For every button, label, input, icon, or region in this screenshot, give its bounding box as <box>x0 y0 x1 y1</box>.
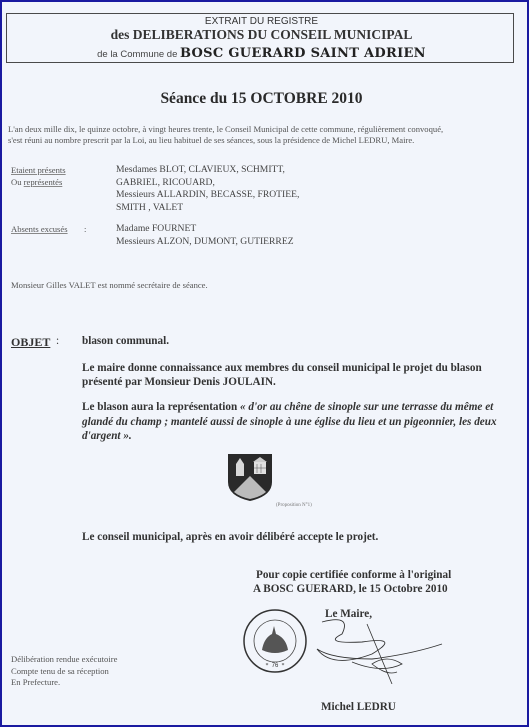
absent-sep: : <box>84 224 86 234</box>
absent-names: Madame FOURNET Messieurs ALZON, DUMONT, … <box>116 223 294 248</box>
present-names-line: Mesdames BLOT, CLAVIEUX, SCHMITT, <box>116 164 299 177</box>
header-deliberations: des DELIBERATIONS DU CONSEIL MUNICIPAL <box>2 27 521 43</box>
present-names-line: SMITH , VALET <box>116 202 299 215</box>
represented-label: Ou représentés <box>11 177 62 187</box>
blason-caption: (Proposition N°1) <box>276 503 312 508</box>
mayor-name: Michel LEDRU <box>321 701 396 713</box>
absent-names-line: Madame FOURNET <box>116 223 294 236</box>
present-names-line: Messieurs ALLARDIN, BECASSE, FROTIEE, <box>116 189 299 202</box>
footer-note-line: En Prefecture. <box>11 677 117 689</box>
header-commune: de la Commune de BOSC GUERARD SAINT ADRI… <box>2 44 521 62</box>
absent-names-line: Messieurs ALZON, DUMONT, GUTIERREZ <box>116 236 294 249</box>
present-names: Mesdames BLOT, CLAVIEUX, SCHMITT, GABRIE… <box>116 164 299 214</box>
intro-line-1: L'an deux mille dix, le quinze octobre, … <box>8 124 443 134</box>
objet-sep: : <box>56 335 59 347</box>
coat-of-arms-icon <box>226 452 274 502</box>
svg-text:*: * <box>282 663 285 669</box>
svg-text:76: 76 <box>272 663 279 669</box>
secretary-line: Monsieur Gilles VALET est nommé secrétai… <box>11 280 208 290</box>
header-extrait: EXTRAIT DU REGISTRE <box>2 16 521 27</box>
signature-scribble <box>312 614 462 684</box>
para1-line1: Le maire donne connaissance aux membres … <box>82 361 482 376</box>
objet-subject: blason communal. <box>82 335 169 347</box>
certification-line-1: Pour copie certifiée conforme à l'origin… <box>256 569 451 581</box>
para1-line2: présenté par Monsieur Denis JOULAIN. <box>82 375 276 390</box>
seance-title: Séance du 15 OCTOBRE 2010 <box>2 90 521 108</box>
objet-label: OBJET <box>11 335 50 350</box>
footer-note-line: Délibération rendue exécutoire <box>11 654 117 666</box>
footer-note-line: Compte tenu de sa réception <box>11 666 117 678</box>
intro-line-2: s'est réuni au nombre prescrit par la Lo… <box>8 135 414 145</box>
svg-text:*: * <box>266 663 269 669</box>
mayor-stamp-icon: 76 * * <box>242 608 308 674</box>
decision-line: Le conseil municipal, après en avoir dél… <box>82 530 378 545</box>
present-label: Etaient présents <box>11 165 66 175</box>
document-page: EXTRAIT DU REGISTRE des DELIBERATIONS DU… <box>2 2 527 725</box>
absent-label: Absents excusés <box>11 224 68 234</box>
certification-line-2: A BOSC GUERARD, le 15 Octobre 2010 <box>253 583 448 595</box>
present-names-line: GABRIEL, RICOUARD, <box>116 177 299 190</box>
footer-note: Délibération rendue exécutoire Compte te… <box>11 654 117 689</box>
para2: Le blason aura la représentation « d'or … <box>82 400 514 444</box>
